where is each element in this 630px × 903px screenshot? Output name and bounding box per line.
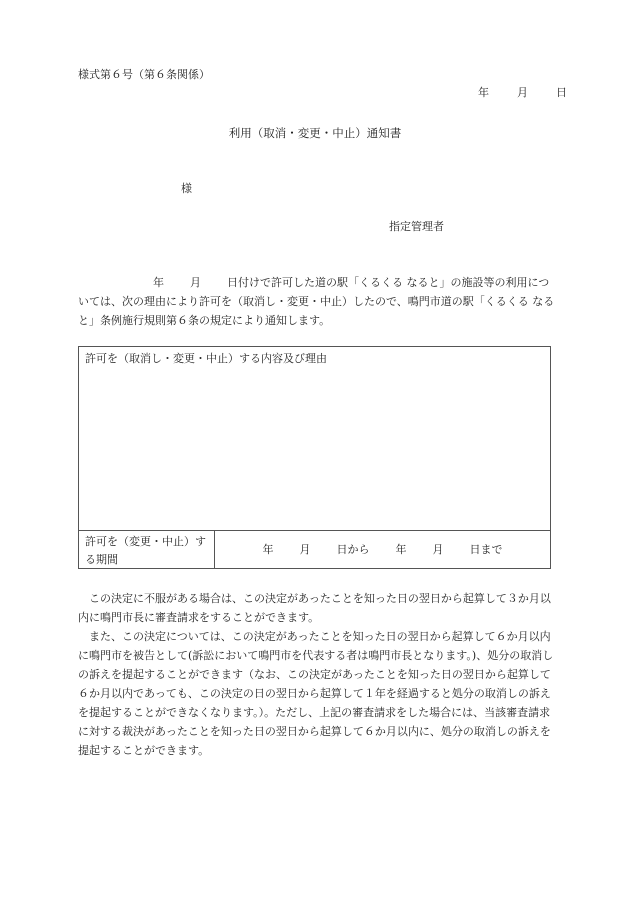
appeal-notice: この決定に不服がある場合は、この決定があったことを知った日の翌日から起算して３か… <box>78 589 556 760</box>
addressee-suffix: 様 <box>181 180 192 196</box>
period-to-month: 月 <box>433 541 444 557</box>
period-label: 許可を（変更・中止）する期間 <box>79 530 215 568</box>
form-number: 様式第６号（第６条関係） <box>78 66 210 82</box>
notice-paragraph-1: この決定に不服がある場合は、この決定があったことを知った日の翌日から起算して３か… <box>78 589 556 627</box>
body-year: 年 <box>153 276 164 289</box>
issue-date-day: 日 <box>556 84 567 100</box>
body-month: 月 <box>190 276 201 289</box>
document-title: 利用（取消・変更・中止）通知書 <box>0 125 630 141</box>
notification-body: 年月日付けで許可した道の駅「くるくる なると」の施設等の利用については、次の理由… <box>78 273 556 330</box>
issuer-label: 指定管理者 <box>389 218 444 234</box>
body-text: 日付けで許可した道の駅「くるくる なると」の施設等の利用については、次の理由によ… <box>78 276 554 327</box>
reason-label: 許可を（取消し・変更・中止）する内容及び理由 <box>85 350 327 366</box>
details-table: 許可を（取消し・変更・中止）する内容及び理由 許可を（変更・中止）する期間 年 … <box>78 346 551 569</box>
period-from-year: 年 <box>263 541 274 557</box>
issue-date-month: 月 <box>517 84 528 100</box>
period-to-year: 年 <box>396 541 407 557</box>
issue-date: 年月日 <box>478 84 567 100</box>
period-to-day: 日まで <box>470 541 503 557</box>
period-from-month: 月 <box>300 541 311 557</box>
period-value-cell[interactable]: 年 月 日から 年 月 日まで <box>215 530 550 568</box>
notice-paragraph-2: また、この決定については、この決定があったことを知った日の翌日から起算して６か月… <box>78 627 556 760</box>
period-from-day: 日から <box>337 541 370 557</box>
reason-cell[interactable]: 許可を（取消し・変更・中止）する内容及び理由 <box>79 347 550 531</box>
issue-date-year: 年 <box>478 84 489 100</box>
